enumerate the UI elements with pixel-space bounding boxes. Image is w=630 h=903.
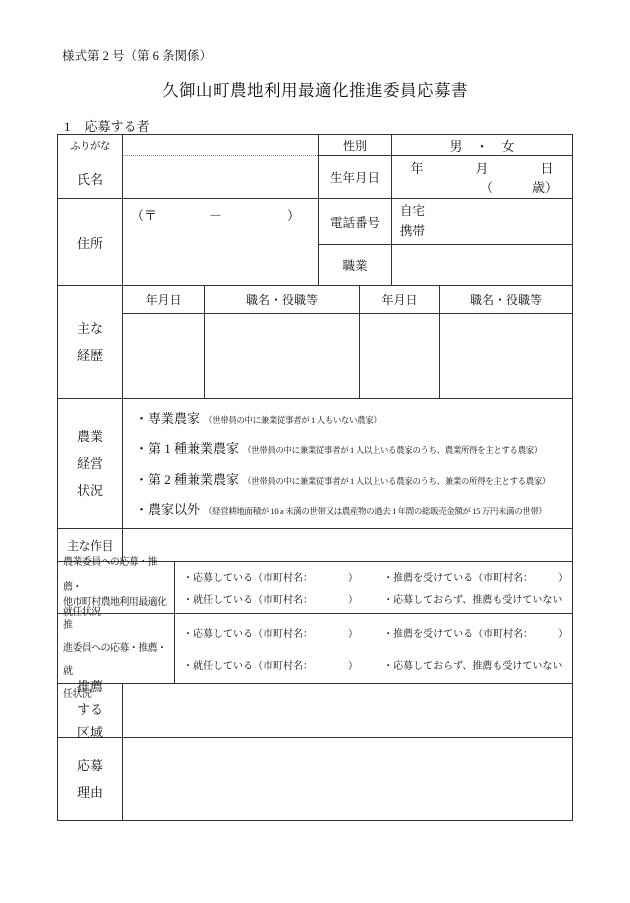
recommend-area-input-area	[122, 684, 572, 737]
recommend-area-label: 推薦 する 区域	[58, 684, 122, 737]
phone-mobile-label: 携帯	[400, 222, 572, 241]
farming-option-note: （世帯員の中に兼業従事者が 1 人もいない農家）	[204, 415, 381, 425]
reason-label-line2: 理由	[77, 779, 103, 806]
option-none: ・応募しておらず、推薦も受けていない	[383, 657, 568, 672]
option-recommended: ・推薦を受けている（市町村名： ）	[383, 625, 568, 640]
status-line-2: ・就任している（市町村名： ） ・応募しておらず、推薦も受けていない	[183, 657, 568, 672]
furigana-divider-line	[123, 155, 318, 156]
option-applying: ・応募している（市町村名： ）	[183, 625, 383, 640]
gender-row: 性別 男 ・ 女	[319, 135, 572, 155]
farming-option-main: ・専業農家	[135, 411, 200, 426]
other-committee-status-options: ・応募している（市町村名： ） ・推薦を受けている（市町村名： ） ・就任してい…	[174, 614, 572, 683]
status-line-1: ・応募している（市町村名： ） ・推薦を受けている（市町村名： ）	[183, 625, 568, 640]
farming-option-main: ・農家以外	[135, 502, 200, 517]
status-line-2: ・就任している（市町村名： ） ・応募しておらず、推薦も受けていない	[183, 591, 568, 606]
gender-value: 男 ・ 女	[391, 135, 572, 155]
row-name: ふりがな 氏名 性別 男 ・ 女 生年月日 年 月 日 （ 歳）	[58, 135, 572, 198]
section-number: 1	[64, 119, 71, 134]
form-number: 様式第 2 号（第 6 条関係）	[62, 46, 212, 64]
option-serving: ・就任している（市町村名： ）	[183, 657, 383, 672]
career-header-date-1: 年月日	[123, 286, 204, 313]
farming-option-main: ・第 2 種兼業農家	[135, 472, 239, 487]
address-label: 住所	[58, 199, 122, 285]
career-header-date-2: 年月日	[359, 286, 439, 313]
occupation-row: 職業	[319, 244, 572, 285]
main-crops-input-area	[122, 529, 572, 561]
document-title: 久御山町農地利用最適化推進委員応募書	[0, 77, 630, 101]
option-serving: ・就任している（市町村名： ）	[183, 591, 383, 606]
career-grid: 年月日 職名・役職等 年月日 職名・役職等	[122, 286, 572, 398]
birth-row: 生年月日 年 月 日 （ 歳）	[319, 155, 572, 198]
phone-occupation-block: 電話番号 自宅 携帯 職業	[318, 199, 572, 285]
phone-home-label: 自宅	[400, 202, 572, 221]
recommend-area-label-line2: する	[77, 699, 103, 722]
farming-option-non-farmer: ・農家以外 （経営耕地面積が 10 a 未満の世帯又は農産物の過去 1 年間の総…	[135, 499, 568, 519]
career-body-row	[123, 313, 572, 398]
name-label-cell: ふりがな 氏名	[58, 135, 122, 198]
reason-input-area	[122, 738, 572, 820]
farming-label-line1: 農業	[77, 423, 103, 450]
career-label-line2: 経歴	[77, 342, 103, 369]
farming-option-type1: ・第 1 種兼業農家 （世帯員の中に兼業従事者が 1 人以上いる農家のうち、農業…	[135, 438, 568, 458]
furigana-label: ふりがな	[70, 138, 110, 153]
birth-date-line: 年 月 日	[398, 158, 566, 177]
option-applying: ・応募している（市町村名： ）	[183, 569, 383, 584]
row-reason: 応募 理由	[58, 737, 572, 820]
career-title-1-input-area	[204, 314, 359, 398]
other-committee-label-line1: 他市町村農地利用最適化推	[63, 591, 174, 637]
gender-birth-block: 性別 男 ・ 女 生年月日 年 月 日 （ 歳）	[318, 135, 572, 198]
address-input-area: （〒 － ）	[122, 199, 318, 285]
career-label: 主な 経歴	[58, 286, 122, 398]
birth-age-line: （ 歳）	[398, 177, 566, 196]
birth-input-area: 年 月 日 （ 歳）	[391, 156, 572, 198]
farming-option-type2: ・第 2 種兼業農家 （世帯員の中に兼業従事者が 1 人以上いる農家のうち、兼業…	[135, 469, 568, 489]
farming-label-line3: 状況	[77, 477, 103, 504]
recommend-area-label-line1: 推薦	[77, 676, 103, 699]
row-recommend-area: 推薦 する 区域	[58, 683, 572, 737]
career-title-2-input-area	[439, 314, 572, 398]
gender-label: 性別	[319, 135, 391, 155]
phone-label: 電話番号	[319, 199, 391, 244]
career-header-row: 年月日 職名・役職等 年月日 職名・役職等	[123, 286, 572, 313]
status-line-1: ・応募している（市町村名： ） ・推薦を受けている（市町村名： ）	[183, 569, 568, 584]
farming-option-note: （世帯員の中に兼業従事者が 1 人以上いる農家のうち、兼業の所得を主とする農家）	[243, 476, 550, 486]
row-farming-status: 農業 経営 状況 ・専業農家 （世帯員の中に兼業従事者が 1 人もいない農家） …	[58, 398, 572, 528]
farming-options: ・専業農家 （世帯員の中に兼業従事者が 1 人もいない農家） ・第 1 種兼業農…	[122, 399, 572, 528]
farming-option-full-time: ・専業農家 （世帯員の中に兼業従事者が 1 人もいない農家）	[135, 408, 568, 428]
row-career: 主な 経歴 年月日 職名・役職等 年月日 職名・役職等	[58, 285, 572, 398]
ag-committee-status-options: ・応募している（市町村名： ） ・推薦を受けている（市町村名： ） ・就任してい…	[174, 562, 572, 613]
occupation-input-area	[391, 245, 572, 285]
farming-status-label: 農業 経営 状況	[58, 399, 122, 528]
section-heading: 1応募する者	[64, 116, 150, 135]
occupation-label: 職業	[319, 245, 391, 285]
reason-label-line1: 応募	[77, 752, 103, 779]
phone-row: 電話番号 自宅 携帯	[319, 199, 572, 244]
farming-label-line2: 経営	[77, 450, 103, 477]
section-title: 応募する者	[85, 119, 150, 134]
farming-option-note: （経営耕地面積が 10 a 未満の世帯又は農産物の過去 1 年間の総販売金額が …	[204, 506, 547, 516]
row-address: 住所 （〒 － ） 電話番号 自宅 携帯 職業	[58, 198, 572, 285]
farming-option-main: ・第 1 種兼業農家	[135, 441, 239, 456]
application-form-table: ふりがな 氏名 性別 男 ・ 女 生年月日 年 月 日 （ 歳） 住所 （〒	[57, 134, 573, 821]
name-input-area	[122, 135, 318, 198]
postal-code-placeholder: （〒 － ）	[123, 199, 318, 230]
option-none: ・応募しておらず、推薦も受けていない	[383, 591, 568, 606]
career-label-line1: 主な	[77, 315, 103, 342]
reason-label: 応募 理由	[58, 738, 122, 820]
career-header-title-1: 職名・役職等	[204, 286, 359, 313]
birth-label: 生年月日	[319, 156, 391, 198]
farming-option-note: （世帯員の中に兼業従事者が 1 人以上いる農家のうち、農業所得を主とする農家）	[243, 445, 542, 455]
career-date-2-input-area	[359, 314, 439, 398]
career-header-title-2: 職名・役職等	[439, 286, 572, 313]
row-other-committee-status: 他市町村農地利用最適化推 進委員への応募・推薦・就 任状況 ・応募している（市町…	[58, 613, 572, 683]
name-label: 氏名	[77, 169, 103, 188]
career-date-1-input-area	[123, 314, 204, 398]
option-recommended: ・推薦を受けている（市町村名： ）	[383, 569, 568, 584]
phone-input-area: 自宅 携帯	[391, 199, 572, 244]
other-committee-status-label: 他市町村農地利用最適化推 進委員への応募・推薦・就 任状況	[58, 614, 174, 683]
